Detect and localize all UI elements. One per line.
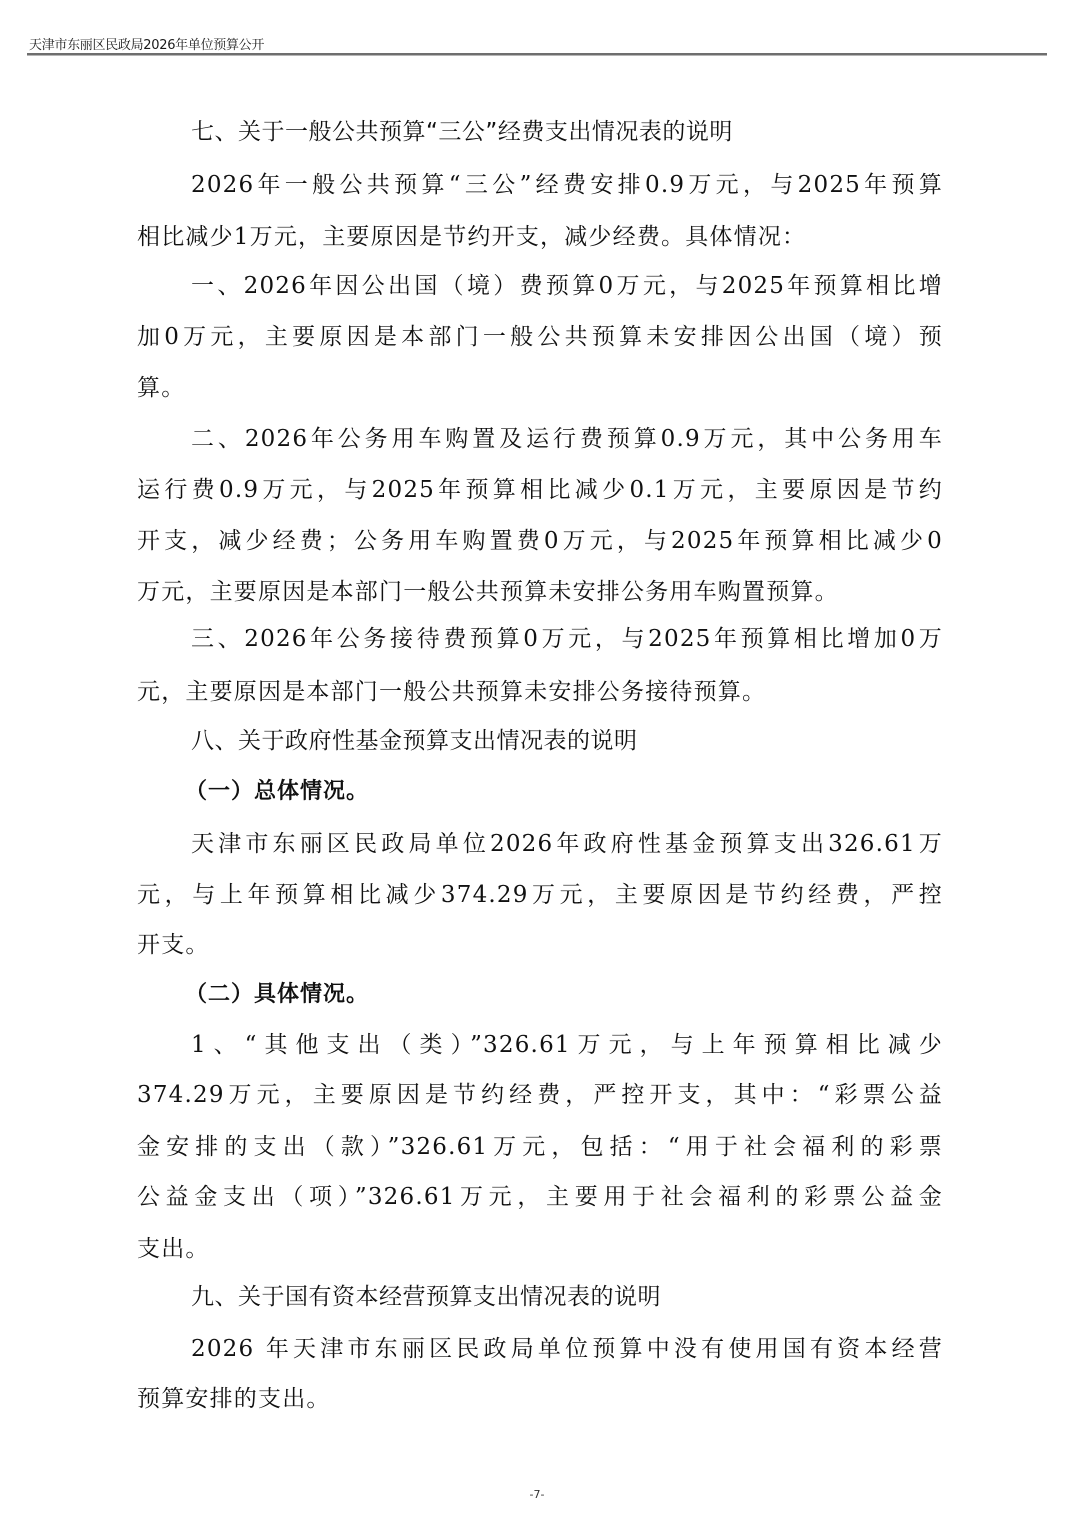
- paragraph-line: 开支，减少经费；公务用车购置费0万元，与2025年预算相比减少0: [137, 526, 943, 556]
- paragraph-line: 算。: [137, 373, 943, 403]
- paragraph-line: 三、2026年公务接待费预算0万元，与2025年预算相比增加0万: [137, 624, 943, 654]
- paragraph-line: 374.29万元，主要原因是节约经费，严控开支，其中：“彩票公益: [137, 1080, 943, 1110]
- paragraph-line: 万元，主要原因是本部门一般公共预算未安排公务用车购置预算。: [137, 577, 943, 607]
- page-number: -7-: [0, 1488, 1074, 1501]
- paragraph-line: 运行费0.9万元，与2025年预算相比减少0.1万元，主要原因是节约: [137, 475, 943, 505]
- section-heading-7: 七、关于一般公共预算“三公”经费支出情况表的说明: [137, 117, 943, 147]
- paragraph-line: 金安排的支出（款）”326.61万元，包括：“用于社会福利的彩票: [137, 1132, 943, 1162]
- paragraph-line: 公益金支出（项）”326.61万元，主要用于社会福利的彩票公益金: [137, 1182, 943, 1212]
- page-header: 天津市东丽区民政局2026年单位预算公开: [27, 30, 1047, 56]
- paragraph-line: 一、2026年因公出国（境）费预算0万元，与2025年预算相比增: [137, 271, 943, 301]
- paragraph-line: 元，主要原因是本部门一般公共预算未安排公务接待预算。: [137, 677, 943, 707]
- paragraph-line: 1、“其他支出（类）”326.61万元，与上年预算相比减少: [137, 1030, 943, 1060]
- paragraph-line: 天津市东丽区民政局单位2026年政府性基金预算支出326.61万: [137, 829, 943, 859]
- header-divider: [27, 53, 1047, 56]
- paragraph-line: 二、2026年公务用车购置及运行费预算0.9万元，其中公务用车: [137, 424, 943, 454]
- paragraph-line: 相比减少1万元，主要原因是节约开支，减少经费。具体情况：: [137, 222, 943, 252]
- section-heading-9: 九、关于国有资本经营预算支出情况表的说明: [137, 1282, 943, 1312]
- section-heading-8: 八、关于政府性基金预算支出情况表的说明: [137, 726, 943, 756]
- subsection-heading: （一）总体情况。: [137, 777, 991, 807]
- paragraph-line: 支出。: [137, 1234, 943, 1264]
- paragraph-line: 预算安排的支出。: [137, 1384, 943, 1414]
- paragraph-line: 开支。: [137, 930, 943, 960]
- paragraph-line: 2026年一般公共预算“三公”经费安排0.9万元，与2025年预算: [137, 170, 943, 200]
- paragraph-line: 元，与上年预算相比减少374.29万元，主要原因是节约经费，严控: [137, 880, 943, 910]
- paragraph-line: 加0万元，主要原因是本部门一般公共预算未安排因公出国（境）预: [137, 322, 943, 352]
- paragraph-line: 2026 年天津市东丽区民政局单位预算中没有使用国有资本经营: [137, 1334, 943, 1364]
- subsection-heading: （二）具体情况。: [137, 980, 991, 1010]
- document-title: 天津市东丽区民政局2026年单位预算公开: [29, 34, 264, 53]
